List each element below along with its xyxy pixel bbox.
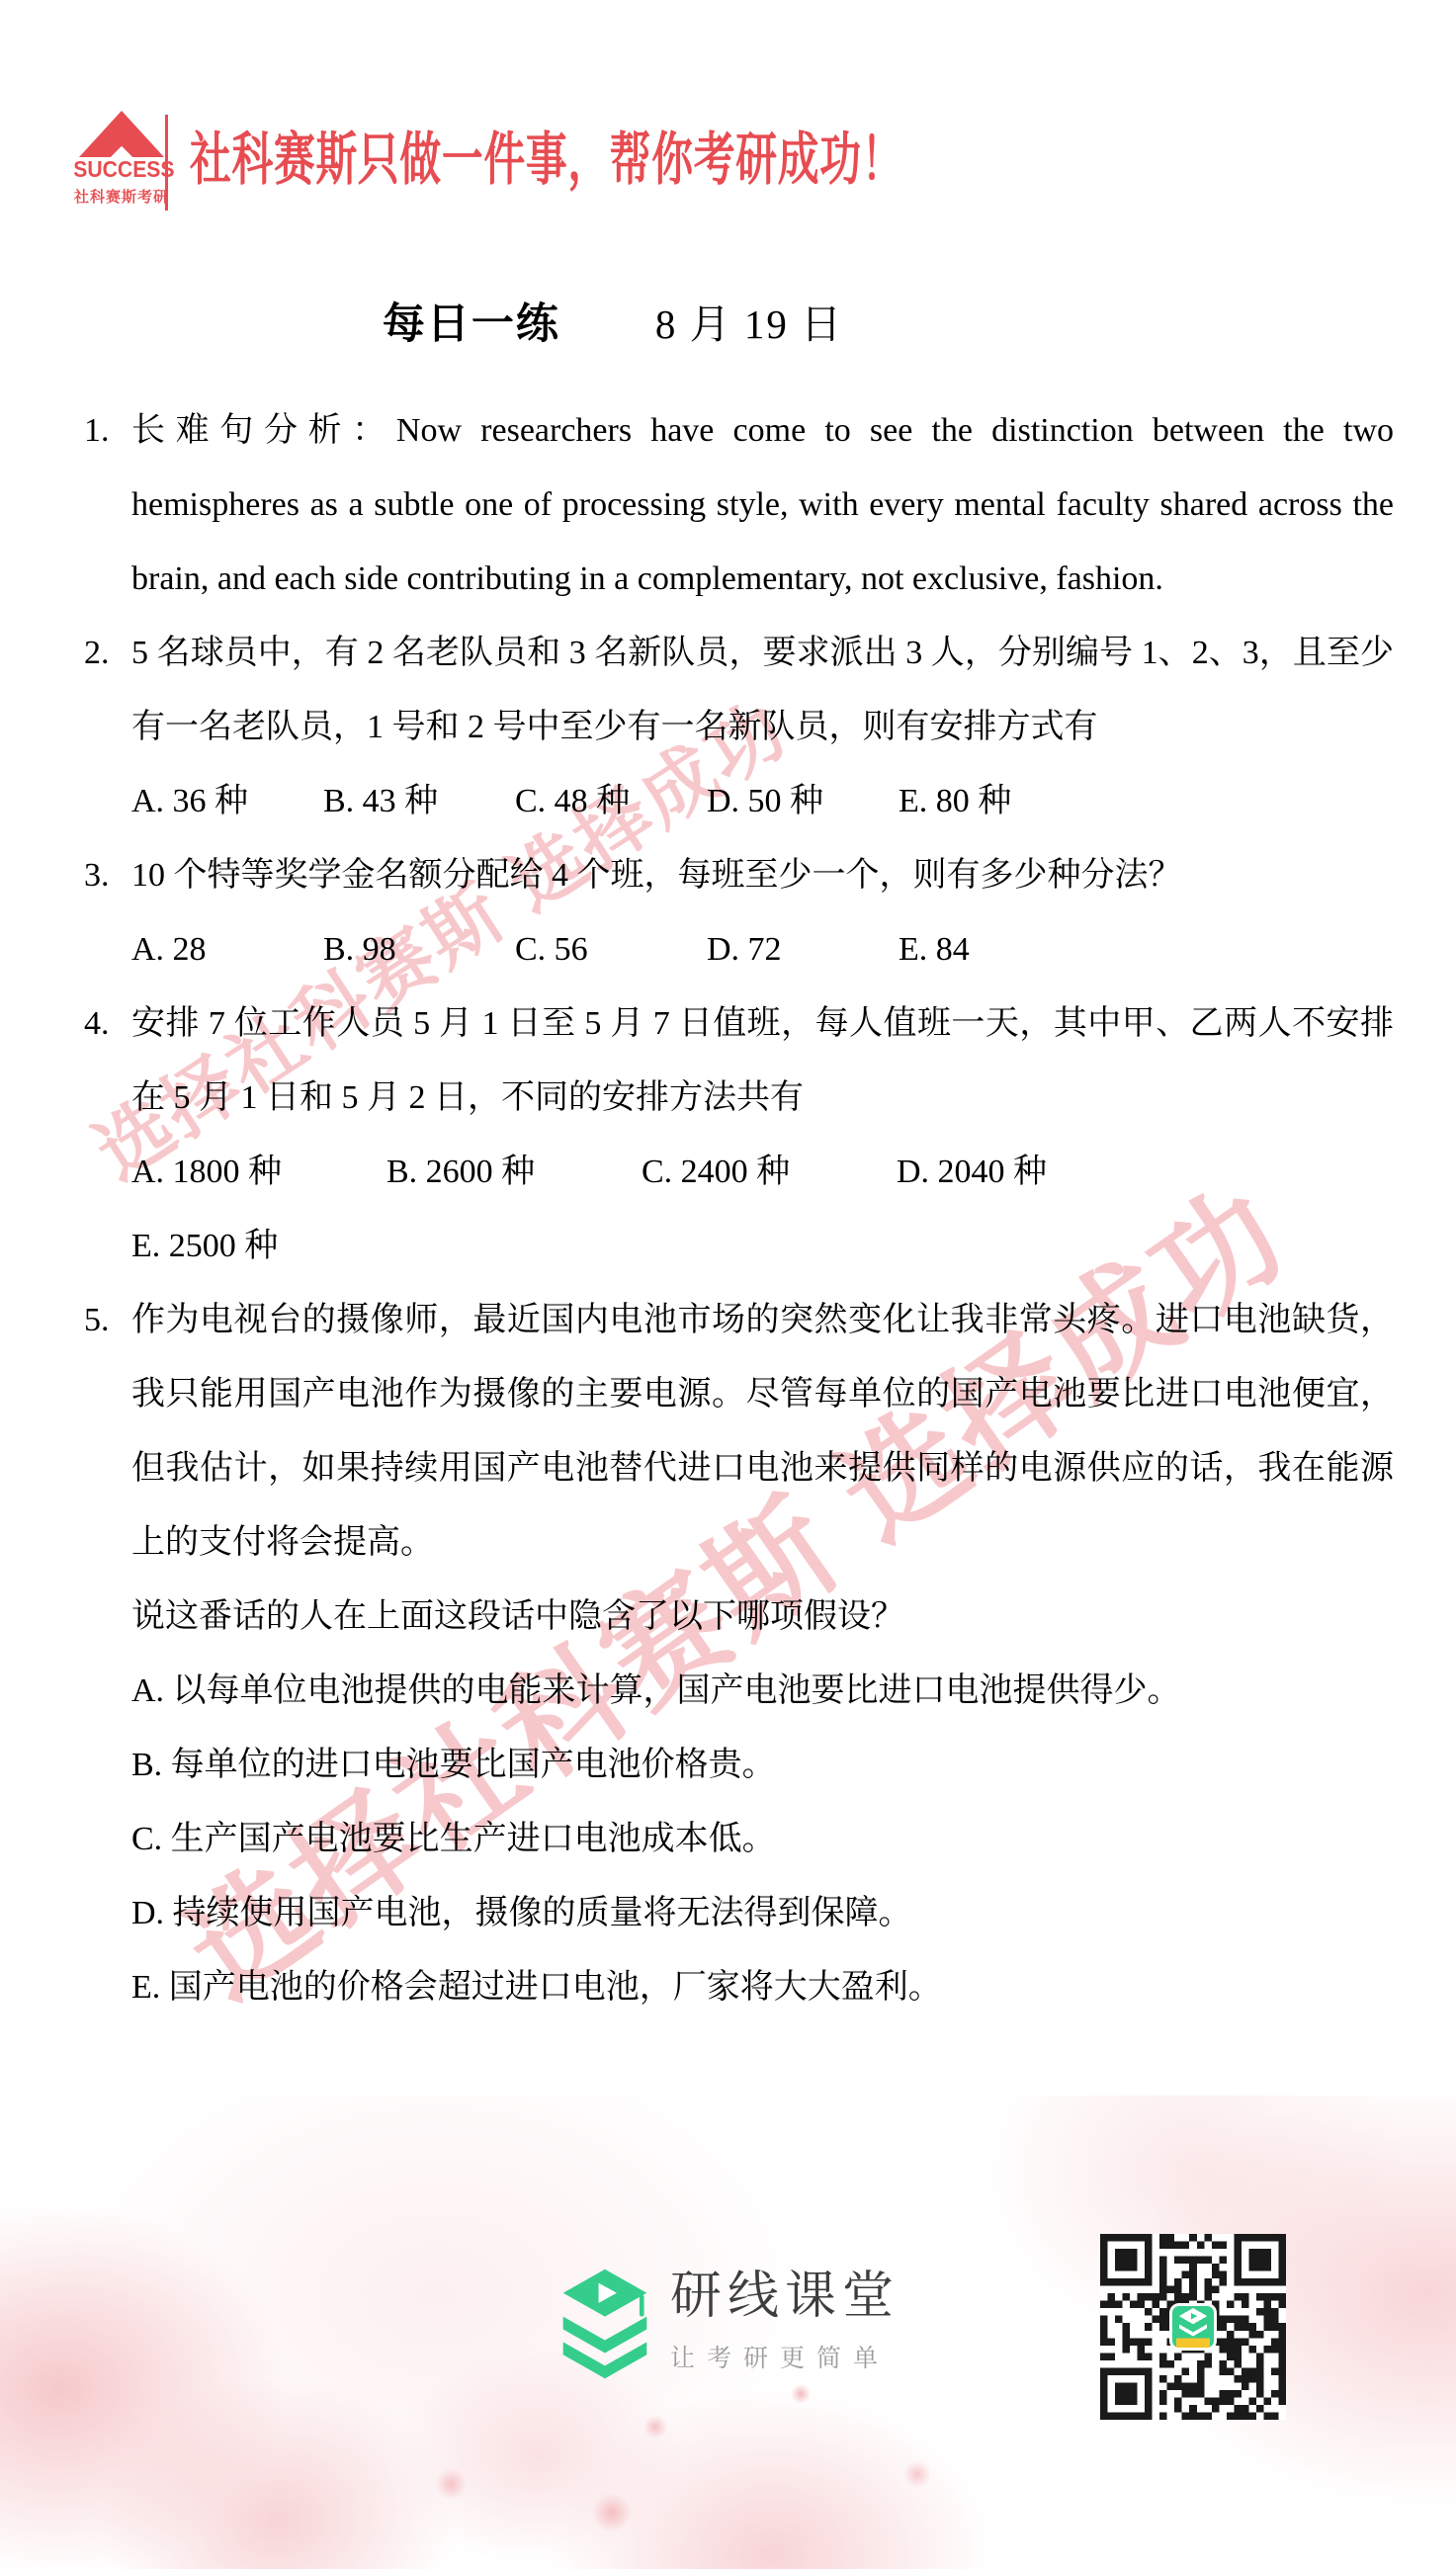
- question-5: 5.作为电视台的摄像师，最近国内电池市场的突然变化让我非常头疼。进口电池缺货，我…: [84, 1283, 1394, 2024]
- questions-list: 1.长难句分析：Now researchers have come to see…: [84, 393, 1394, 2024]
- option: D. 72: [707, 912, 899, 986]
- option: B. 每单位的进口电池要比国产电池价格贵。: [131, 1728, 1394, 1802]
- question-text: 安排 7 位工作人员 5 月 1 日至 5 月 7 日值班，每人值班一天，其中甲…: [131, 986, 1394, 1135]
- brand-tagline: 让考研更简单: [670, 2339, 899, 2374]
- question-4: 4.安排 7 位工作人员 5 月 1 日至 5 月 7 日值班，每人值班一天，其…: [84, 986, 1394, 1283]
- option: A. 1800 种: [131, 1135, 386, 1209]
- qr-center-logo-icon: [1169, 2303, 1217, 2351]
- option: E. 国产电池的价格会超过进口电池，厂家将大大盈利。: [131, 1950, 1394, 2024]
- question-number: 4.: [84, 986, 131, 1283]
- option: D. 50 种: [707, 764, 899, 838]
- qr-code: [1100, 2234, 1286, 2420]
- question-body: 作为电视台的摄像师，最近国内电池市场的突然变化让我非常头疼。进口电池缺货，我只能…: [131, 1283, 1394, 2024]
- question-body: 长难句分析：Now researchers have come to see t…: [131, 393, 1394, 616]
- option: C. 56: [515, 912, 707, 986]
- question-text: 作为电视台的摄像师，最近国内电池市场的突然变化让我非常头疼。进口电池缺货，我只能…: [131, 1283, 1394, 1580]
- question-number: 2.: [84, 616, 131, 838]
- option: A. 28: [131, 912, 323, 986]
- options-2: A. 36 种B. 43 种C. 48 种D. 50 种E. 80 种: [131, 764, 1394, 838]
- header-divider: [165, 115, 168, 211]
- option: C. 生产国产电池要比生产进口电池成本低。: [131, 1802, 1394, 1876]
- yanxian-classroom-logo-icon: [559, 2266, 650, 2382]
- doc-title-date: 8 月 19 日: [655, 301, 843, 347]
- option: E. 84: [899, 912, 1090, 986]
- logo-brand-text: SUCCESS: [73, 156, 170, 183]
- question-3: 3.10 个特等奖学金名额分配给 4 个班，每班至少一个，则有多少种分法？A. …: [84, 838, 1394, 986]
- option: B. 43 种: [323, 764, 515, 838]
- question-text: 5 名球员中，有 2 名老队员和 3 名新队员，要求派出 3 人，分别编号 1、…: [131, 616, 1394, 764]
- option: A. 36 种: [131, 764, 323, 838]
- doc-title-left: 每日一练: [383, 300, 560, 348]
- question-1: 1.长难句分析：Now researchers have come to see…: [84, 393, 1394, 616]
- question-body: 10 个特等奖学金名额分配给 4 个班，每班至少一个，则有多少种分法？A. 28…: [131, 838, 1394, 986]
- question-text: 10 个特等奖学金名额分配给 4 个班，每班至少一个，则有多少种分法？: [131, 838, 1394, 912]
- option: B. 98: [323, 912, 515, 986]
- option: E. 2500 种: [131, 1209, 386, 1283]
- option: D. 2040 种: [897, 1135, 1152, 1209]
- option: A. 以每单位电池提供的电能来计算，国产电池要比进口电池提供得少。: [131, 1654, 1394, 1728]
- practice-sheet-page: SUCCESS 社科赛斯考研 社科赛斯只做一件事，帮你考研成功！ 每日一练8 月…: [0, 0, 1456, 2569]
- success-mountain-icon: [79, 111, 164, 157]
- doc-title: 每日一练8 月 19 日: [0, 291, 1226, 351]
- question-text: 长难句分析：Now researchers have come to see t…: [131, 393, 1394, 616]
- question-number: 3.: [84, 838, 131, 986]
- options-4: A. 1800 种B. 2600 种C. 2400 种D. 2040 种E. 2…: [131, 1135, 1394, 1283]
- question-2: 2.5 名球员中，有 2 名老队员和 3 名新队员，要求派出 3 人，分别编号 …: [84, 616, 1394, 838]
- question-number: 5.: [84, 1283, 131, 2024]
- options-3: A. 28B. 98C. 56D. 72E. 84: [131, 912, 1394, 986]
- question-body: 5 名球员中，有 2 名老队员和 3 名新队员，要求派出 3 人，分别编号 1、…: [131, 616, 1394, 838]
- brand-name: 研线课堂: [670, 2266, 899, 2327]
- header-headline: 社科赛斯只做一件事，帮你考研成功！: [190, 125, 903, 196]
- question-body: 安排 7 位工作人员 5 月 1 日至 5 月 7 日值班，每人值班一天，其中甲…: [131, 986, 1394, 1283]
- footer-brand-lockup: 研线课堂 让考研更简单: [559, 2266, 899, 2382]
- footer-brand-text: 研线课堂 让考研更简单: [670, 2266, 899, 2374]
- option: C. 2400 种: [642, 1135, 897, 1209]
- option: E. 80 种: [899, 764, 1090, 838]
- logo-sub-text: 社科赛斯考研: [69, 186, 174, 207]
- question-subtext: 说这番话的人在上面这段话中隐含了以下哪项假设？: [131, 1580, 1394, 1654]
- question-number: 1.: [84, 393, 131, 616]
- option: C. 48 种: [515, 764, 707, 838]
- option: D. 持续使用国产电池，摄像的质量将无法得到保障。: [131, 1876, 1394, 1950]
- option: B. 2600 种: [386, 1135, 642, 1209]
- options-5: A. 以每单位电池提供的电能来计算，国产电池要比进口电池提供得少。B. 每单位的…: [131, 1654, 1394, 2024]
